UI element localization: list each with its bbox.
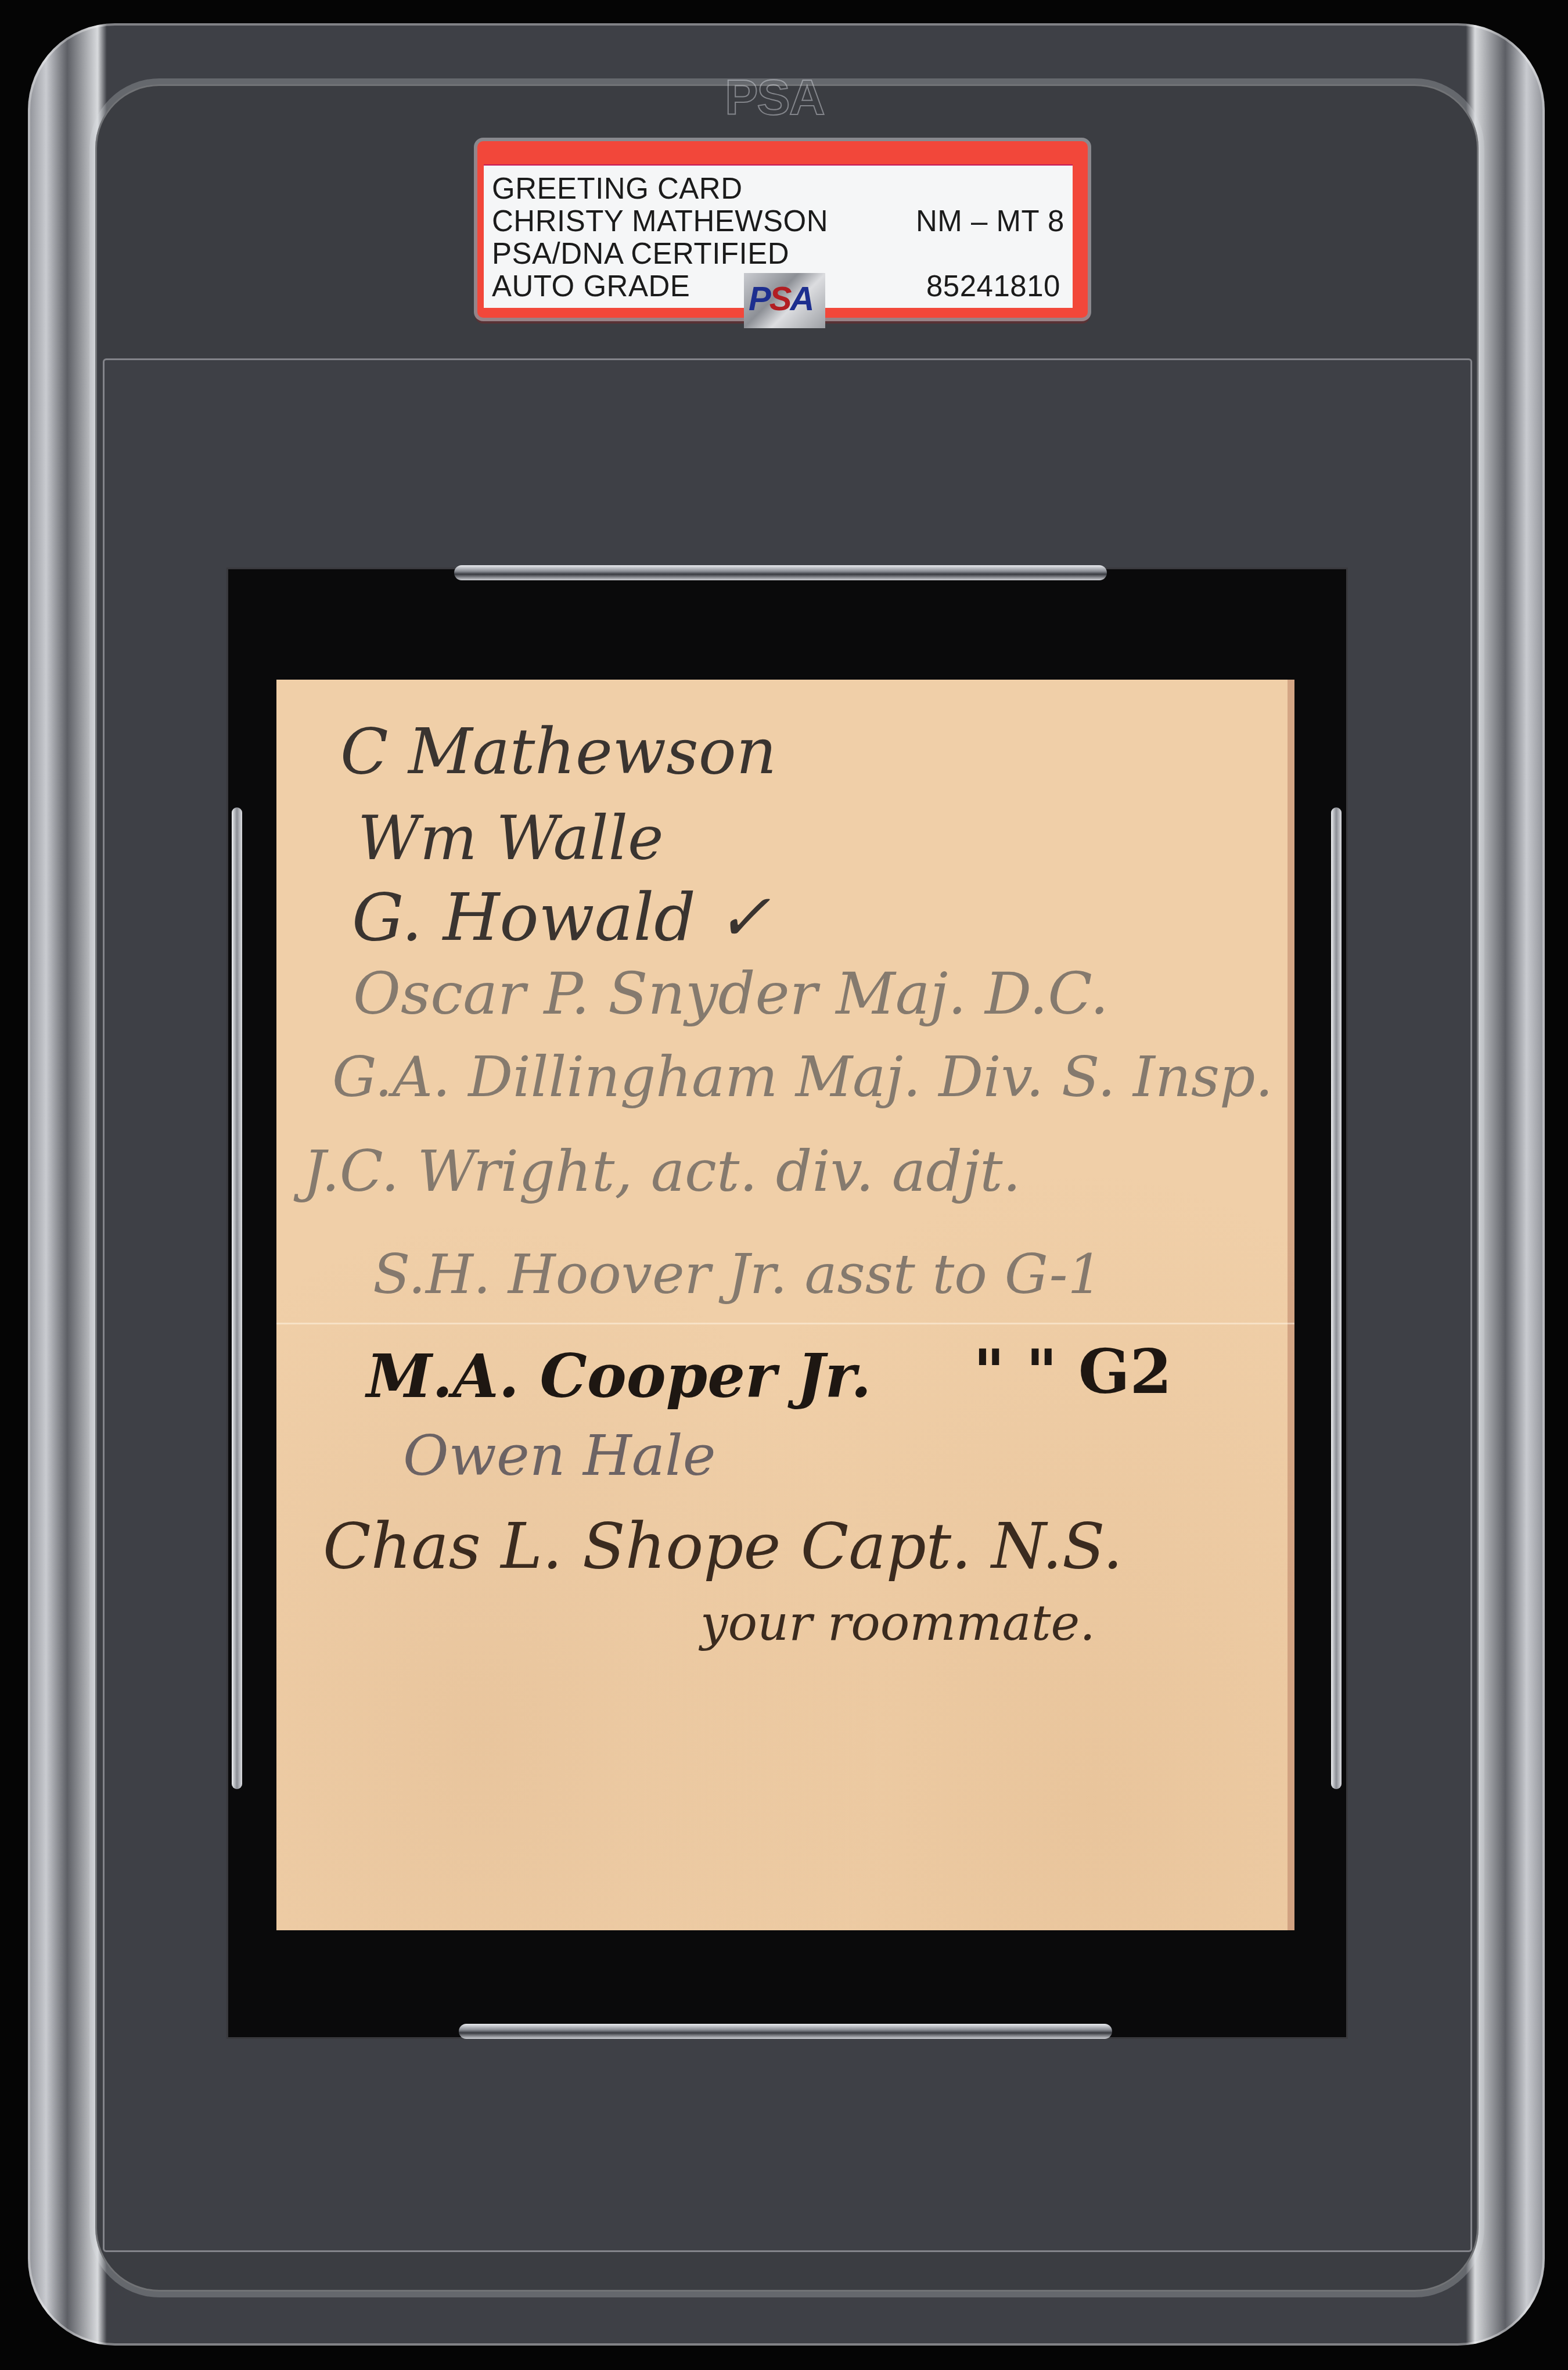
signature-wright: J.C. Wright, act. div. adjt. xyxy=(303,1139,1021,1205)
signature-snyder: Oscar P. Snyder Maj. D.C. xyxy=(353,960,1109,1028)
signature-howald: G. Howald ✓ xyxy=(352,880,771,956)
signature-dillingham: G.A. Dillingham Maj. Div. S. Insp. xyxy=(332,1044,1273,1109)
label-subject-name: CHRISTY MATHEWSON xyxy=(492,205,828,238)
signature-hale: Owen Hale xyxy=(403,1423,716,1488)
hologram-letter-p: P xyxy=(749,280,769,318)
label-face: GREETING CARD CHRISTY MATHEWSON PSA/DNA … xyxy=(484,164,1073,308)
left-rail xyxy=(232,807,242,1789)
inscription-roommate: your roommate. xyxy=(700,1595,1095,1651)
signature-cooper: M.A. Cooper Jr. xyxy=(366,1342,871,1412)
bottom-clip xyxy=(459,2024,1112,2039)
embossed-psa-logo: PSA xyxy=(725,74,841,121)
autographed-paper: C Mathewson Wm Walle G. Howald ✓ Oscar P… xyxy=(276,680,1294,1930)
signature-hoover: S.H. Hoover Jr. asst to G-1 xyxy=(373,1243,1102,1306)
grading-label: GREETING CARD CHRISTY MATHEWSON PSA/DNA … xyxy=(477,141,1088,318)
signature-walle: Wm Walle xyxy=(358,803,664,874)
top-clip xyxy=(454,565,1107,580)
signature-mathewson: C Mathewson xyxy=(340,716,776,788)
label-certification: PSA/DNA CERTIFIED xyxy=(492,238,789,270)
hologram-letter-s: S xyxy=(769,280,790,318)
hologram-letter-a: A xyxy=(790,280,812,318)
label-grade: NM – MT 8 xyxy=(916,205,1064,238)
signature-shope: Chas L. Shope Capt. N.S. xyxy=(323,1510,1123,1583)
label-cert-number: 85241810 xyxy=(926,270,1060,303)
label-grade-type: AUTO GRADE xyxy=(492,270,690,303)
right-rail xyxy=(1331,807,1342,1789)
label-item-type: GREETING CARD xyxy=(492,173,743,205)
ditto-g2: " " G2 xyxy=(973,1336,1172,1407)
psa-hologram-icon: PSA xyxy=(744,273,825,328)
paper-fold-line xyxy=(276,1323,1294,1324)
